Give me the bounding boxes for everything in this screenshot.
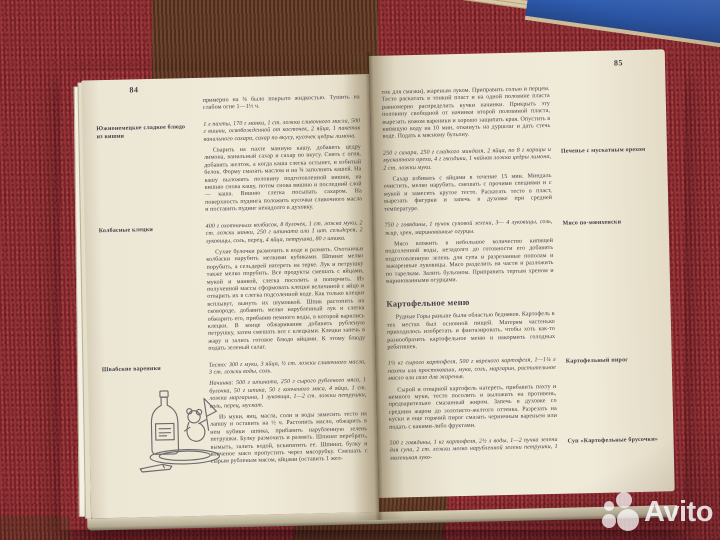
recipe-paragraph: Рудные Горы раньше были областью бедняко…	[387, 311, 556, 352]
text-column: 500 г говядины, 1 кг картофеля, 2½ л вод…	[390, 437, 559, 467]
recipe-block: 250 г сахара, 250 г сладкого миндаля, 2 …	[383, 144, 660, 217]
text-column: примерно на ¾ было покрыто жидкостью. Ту…	[203, 94, 360, 116]
recipe-block: 1½ кг сырого картофеля, 500 г вареного к…	[388, 355, 666, 436]
recipe-paragraph: Сырой и отварной картофель натереть, при…	[388, 383, 557, 431]
text-column: 1 л пахты, 170 г манки, 1 ст. ложка слив…	[203, 118, 362, 218]
avito-wordmark: Avito	[644, 490, 713, 534]
recipe-block: Колбасные клецки 400 г охотничьих колбас…	[99, 220, 366, 360]
recipe-block: Южнонемецкое сладкое блюдо из вишни 1 л …	[96, 118, 362, 221]
recipe-paragraph: ток для смазки), жареным луком. Приправи…	[382, 86, 551, 142]
section-heading: Картофельное меню	[386, 295, 554, 309]
right-page-content: ток для смазки), жареным луком. Приправи…	[369, 49, 675, 498]
section-block: Картофельное меню Рудные Горы раньше был…	[386, 289, 663, 356]
carpet-stripe-corner	[0, 516, 70, 540]
margin-heading: Колбасные клецки	[99, 224, 197, 360]
recipe-paragraph: Сухие булочки размочить в воде и размять…	[206, 246, 365, 353]
ingredients-paragraph: 1½ кг сырого картофеля, 500 г вареного к…	[388, 357, 556, 383]
book-page-left: 84 примерно на ¾ было покрыто жидкостью.…	[81, 74, 379, 518]
margin-heading: Печенье с мускатным орехом	[561, 144, 661, 213]
ingredients-paragraph: 400 г охотничьих колбасок, 8 булочек, 1 …	[206, 220, 363, 246]
ingredients-paragraph: 750 г говядины, 1 пучок суповой зелени, …	[385, 219, 553, 238]
ingredients-paragraph: Тесто: 300 г муки, 3 яйца, ½ ст. ложки с…	[209, 359, 366, 377]
recipe-paragraph: Сахар взбивать с яйцами в течение 15 мин…	[384, 173, 553, 214]
ingredients-paragraph: 500 г говядины, 1 кг картофеля, 2½ л вод…	[390, 437, 558, 463]
text-column: ток для смазки), жареным луком. Приправи…	[382, 86, 551, 146]
margin-heading: Картофельный пирог	[566, 355, 666, 432]
text-column: 1½ кг сырого картофеля, 500 г вареного к…	[388, 357, 558, 435]
margin-heading	[96, 98, 191, 119]
recipe-block: 750 г говядины, 1 пучок суповой зелени, …	[385, 217, 662, 290]
recipe-paragraph: примерно на ¾ было покрыто жидкостью. Ту…	[203, 94, 360, 112]
text-column: 250 г сахара, 250 г сладкого миндаля, 2 …	[383, 147, 552, 218]
listing-photo: 84 примерно на ¾ было покрыто жидкостью.…	[0, 0, 720, 540]
margin-heading	[564, 289, 663, 352]
recipe-block: ток для смазки), жареным луком. Приправи…	[382, 84, 659, 146]
text-column: 400 г охотничьих колбасок, 8 булочек, 1 …	[206, 220, 366, 357]
recipe-block: 500 г говядины, 1 кг картофеля, 2½ л вод…	[390, 434, 667, 466]
recipe-block: примерно на ¾ было покрыто жидкостью. Ту…	[96, 94, 360, 119]
margin-heading: Мясо по-мюнхенски	[563, 217, 663, 286]
ingredients-paragraph: 250 г сахара, 250 г сладкого миндаля, 2 …	[383, 147, 551, 173]
recipe-paragraph: Сварить на пахте манную кашу, добавить ц…	[204, 144, 362, 214]
text-column: 750 г говядины, 1 пучок суповой зелени, …	[385, 219, 554, 290]
avito-watermark: Avito	[598, 490, 720, 536]
open-book: 84 примерно на ¾ было покрыто жидкостью.…	[65, 45, 683, 527]
recipe-paragraph: Мясо вложить в небольшое количество кипя…	[385, 238, 554, 286]
recipe-illustration	[130, 381, 244, 486]
blue-book-cover	[525, 0, 720, 52]
ingredients-paragraph: 1 л пахты, 170 г манки, 1 ст. ложка слив…	[203, 118, 360, 144]
margin-heading: Суп «Картофельные брусочки»	[567, 434, 666, 462]
text-column: Картофельное меню Рудные Горы раньше был…	[386, 291, 555, 356]
margin-heading	[560, 84, 659, 142]
avito-logo-icon	[598, 490, 640, 534]
book-page-right: 85 ток для смазки), жареным луком. Припр…	[369, 49, 675, 498]
margin-heading: Южнонемецкое сладкое блюдо из вишни	[96, 122, 193, 221]
